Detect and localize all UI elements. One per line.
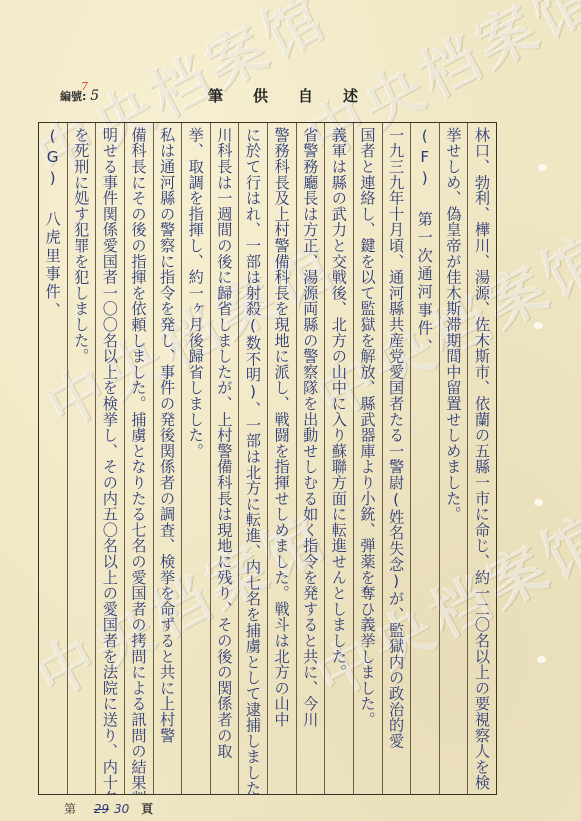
text-column: 一九三九年十月頃、通河縣共産党愛国者たる一警尉(姓名失念)が、監獄内の政治的愛 [382, 123, 411, 794]
footer-prefix: 第 [64, 802, 76, 816]
section-heading-column: (F) 第一次通河事件、 [410, 123, 439, 794]
title-char: 供 [253, 85, 268, 106]
punch-hole [534, 322, 543, 329]
text-column: 私は通河縣の警察に指令を発し、事件の発後関係者の調査、検挙を命ずると共に上村警 [153, 123, 182, 794]
title-char: 述 [343, 85, 358, 106]
page-number: 30 [114, 802, 129, 816]
manuscript-grid: 林口、勃利、樺川、湯源、佐木斯市、依蘭の五縣一市に命じ、約一二〇名以上の要視察人… [38, 122, 497, 795]
text-column: 挙、取調を指揮し、約一ヶ月後歸省しました。 [181, 123, 210, 794]
text-column: 省警務廳長は方正、湯源両縣の警察隊を出動せしむる如く指令を発すると共に、今川 [296, 123, 325, 794]
document-number: 編號: 5 [60, 88, 99, 104]
text-column: 警務科長及上村警備科長を現地に派し、戦闘を指揮せしめました。戦斗は北方の山中 [267, 123, 296, 794]
punch-hole [538, 164, 547, 171]
struck-page-number: 29 [94, 802, 109, 816]
document-number-value: 5 [90, 88, 99, 104]
text-column: 明せる事件関係愛国者一〇〇名以上を検挙し、その内五〇名以上の愛国者を法院に送り、… [95, 123, 124, 794]
text-column: 国者と連絡し、鍵を以て監獄を解放、縣武器庫より小銃、弾薬を奪ひ義挙しました。 [353, 123, 382, 794]
page-title: 筆 供 自 述 [208, 85, 358, 106]
punch-hole [537, 656, 546, 663]
text-column: 川科長は一週間の後に歸省しましたが、上村警備科長は現地に残り、その後の関係者の取 [210, 123, 239, 794]
text-column: 挙せしめ、偽皇帝が佳木斯滞期間中留置せしめました。 [439, 123, 468, 794]
section-heading-column: (G) 八虎里事件、 [39, 123, 67, 794]
text-column: に於て行はれ、一部は射殺(数不明)、一部は北方に転進、内七名を捕虜として逮捕しま… [238, 123, 267, 794]
document-number-label: 編號: [60, 90, 86, 103]
punch-hole [534, 499, 543, 506]
title-char: 筆 [208, 85, 223, 106]
footer-suffix: 頁 [141, 802, 153, 816]
title-char: 自 [298, 85, 313, 106]
text-column: 林口、勃利、樺川、湯源、佐木斯市、依蘭の五縣一市に命じ、約一二〇名以上の要視察人… [467, 123, 496, 794]
text-column: を死刑に処す犯罪を犯しました。 [67, 123, 96, 794]
text-column: 義軍は縣の武力と交戦後、北方の山中に入り蘇聯方面に転進せんとしました。 [324, 123, 353, 794]
page-footer: 第 29 30 頁 [64, 800, 153, 817]
text-column: 備科長にその後の指揮を依頼しました。捕虜となりたる七名の愛国者の拷問による訊問の… [124, 123, 153, 794]
